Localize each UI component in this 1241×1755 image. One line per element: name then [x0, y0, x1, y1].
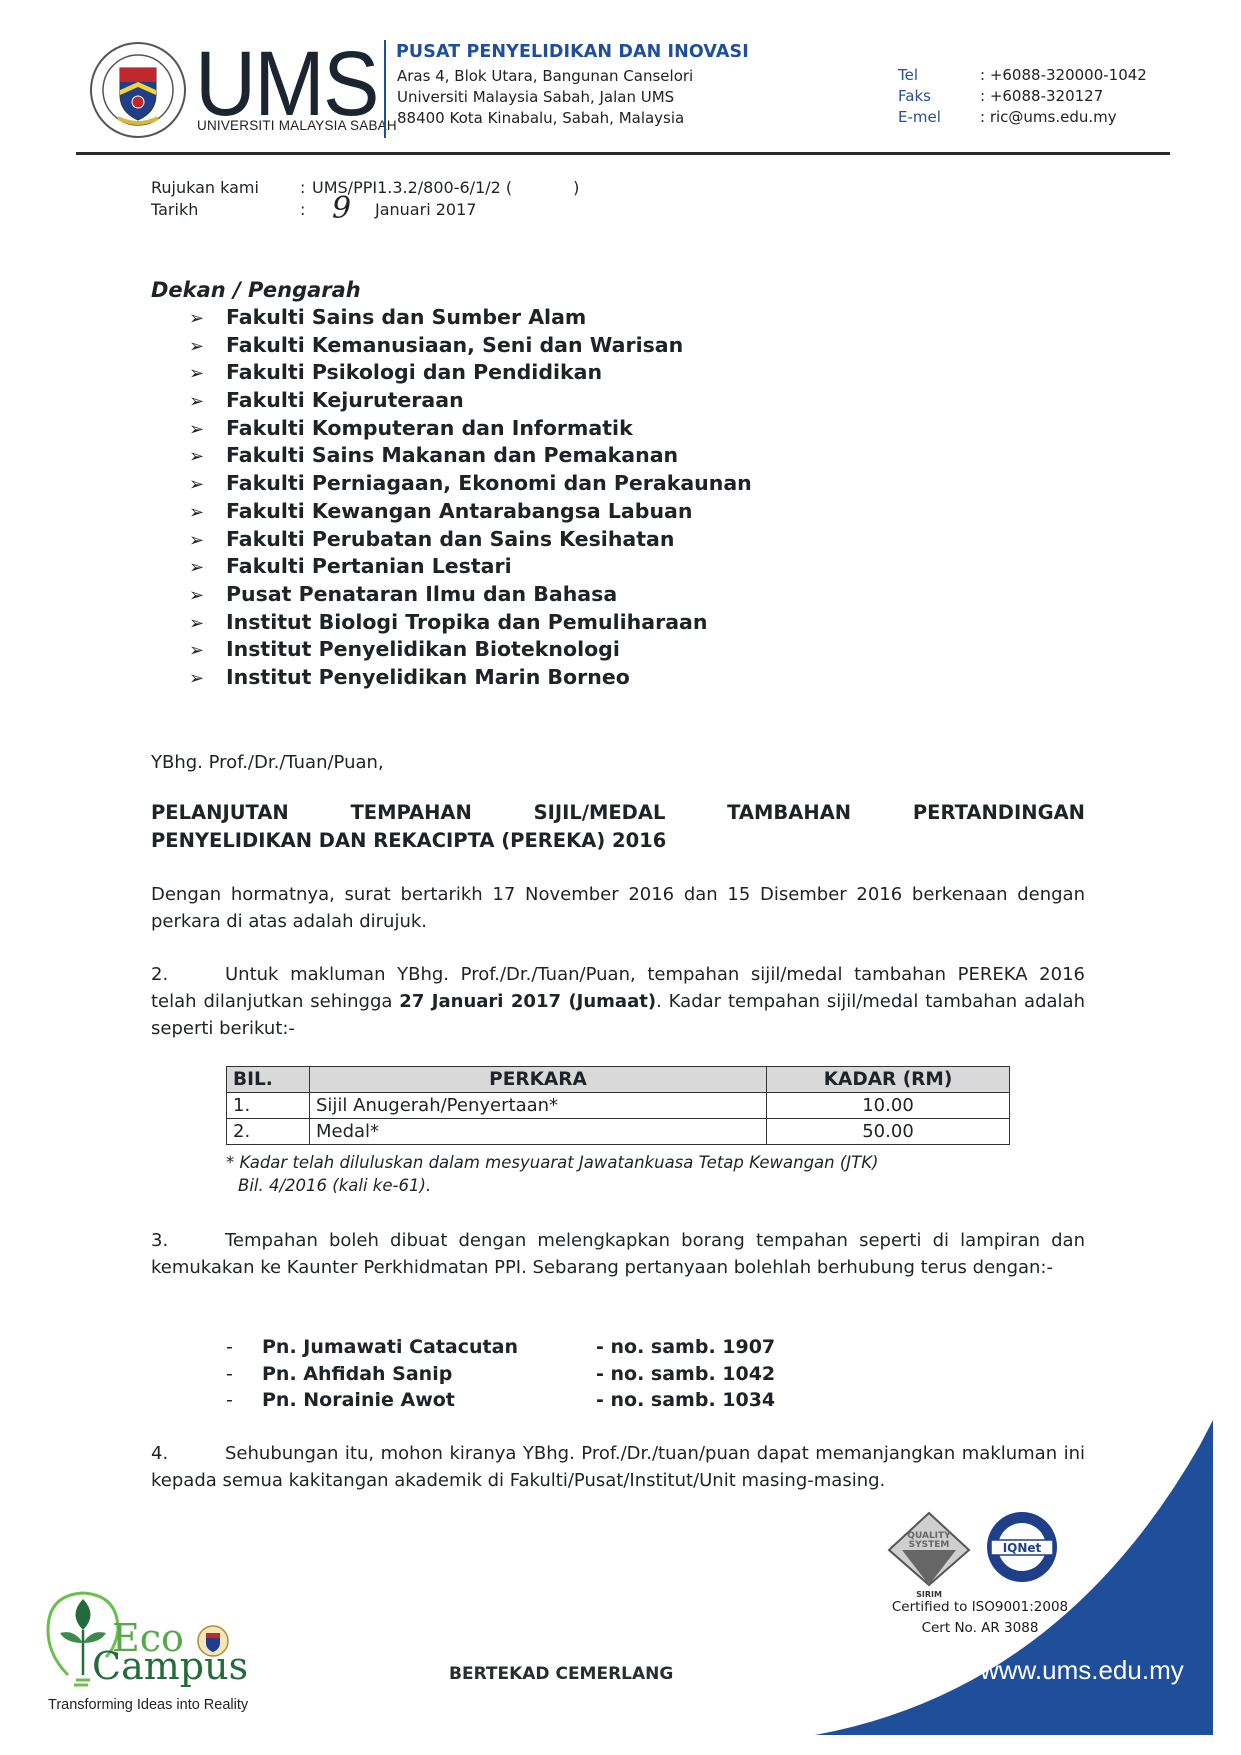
recipient-name: Fakulti Perubatan dan Sains Kesihatan [226, 527, 674, 551]
recipient-name: Fakulti Pertanian Lestari [226, 554, 512, 578]
paragraph-2: 2.Untuk makluman YBhg. Prof./Dr./Tuan/Pu… [151, 961, 1085, 1042]
table-footnote: * Kadar telah diluluskan dalam mesyuarat… [226, 1149, 879, 1176]
arrow-bullet-icon: ➢ [189, 610, 226, 638]
cell-bil: 1. [227, 1093, 310, 1119]
tel-label: Tel [898, 66, 918, 84]
arrow-bullet-icon: ➢ [189, 333, 226, 361]
svg-text:SYSTEM: SYSTEM [909, 1540, 950, 1550]
arrow-bullet-icon: ➢ [189, 637, 226, 665]
cell-bil: 2. [227, 1119, 310, 1145]
recipient-item: ➢Fakulti Perniagaan, Ekonomi dan Perakau… [189, 470, 752, 498]
recipient-item: ➢Fakulti Pertanian Lestari [189, 553, 752, 581]
arrow-bullet-icon: ➢ [189, 665, 226, 693]
address-line: 88400 Kota Kinabalu, Sabah, Malaysia [397, 109, 684, 127]
contact-extension: - no. samb. 1907 [596, 1336, 775, 1358]
certificate-number: Cert No. AR 3088 [870, 1620, 1090, 1636]
date-colon: : [300, 200, 305, 219]
handwritten-day: 9 [332, 194, 351, 224]
recipient-item: ➢Institut Penyelidikan Bioteknologi [189, 636, 752, 664]
recipient-item: ➢Fakulti Kewangan Antarabangsa Labuan [189, 498, 752, 526]
recipient-name: Fakulti Perniagaan, Ekonomi dan Perakaun… [226, 471, 752, 495]
recipient-item: ➢Fakulti Perubatan dan Sains Kesihatan [189, 526, 752, 554]
arrow-bullet-icon: ➢ [189, 471, 226, 499]
ums-crest-logo [88, 40, 188, 140]
recipient-item: ➢Fakulti Sains dan Sumber Alam [189, 304, 752, 332]
recipient-item: ➢Fakulti Kemanusiaan, Seni dan Warisan [189, 332, 752, 360]
title-line-2: PENYELIDIKAN DAN REKACIPTA (PEREKA) 2016 [151, 827, 1085, 855]
contact-name: Pn. Ahfidah Sanip [262, 1361, 596, 1388]
recipients-list: ➢Fakulti Sains dan Sumber Alam➢Fakulti K… [189, 304, 752, 692]
arrow-bullet-icon: ➢ [189, 582, 226, 610]
small-ums-crest-icon [196, 1624, 230, 1658]
recipient-name: Fakulti Komputeran dan Informatik [226, 416, 633, 440]
contact-person: -Pn. Jumawati Catacutan- no. samb. 1907 [226, 1334, 775, 1361]
recipient-name: Fakulti Sains Makanan dan Pemakanan [226, 443, 678, 467]
salutation: YBhg. Prof./Dr./Tuan/Puan, [151, 749, 1085, 776]
date-month-year: Januari 2017 [375, 200, 476, 219]
svg-text:SIRIM: SIRIM [916, 1590, 942, 1598]
email-value[interactable]: : ric@ums.edu.my [980, 108, 1117, 126]
letter-title: PELANJUTAN TEMPAHAN SIJIL/MEDAL TAMBAHAN… [151, 799, 1085, 855]
website-link[interactable]: www.ums.edu.my [980, 1655, 1184, 1686]
recipient-item: ➢Fakulti Psikologi dan Pendidikan [189, 359, 752, 387]
arrow-bullet-icon: ➢ [189, 443, 226, 471]
column-header-kadar: KADAR (RM) [767, 1067, 1010, 1093]
recipient-name: Institut Penyelidikan Marin Borneo [226, 665, 630, 689]
header-rule [76, 152, 1170, 155]
iso-certification: Certified to ISO9001:2008 [870, 1599, 1090, 1615]
dash: - [226, 1334, 262, 1361]
cell-kadar: 10.00 [767, 1093, 1010, 1119]
ums-wordmark: UMS [195, 38, 378, 130]
arrow-bullet-icon: ➢ [189, 360, 226, 388]
paragraph-text: Tempahan boleh dibuat dengan melengkapka… [151, 1230, 1085, 1278]
arrow-bullet-icon: ➢ [189, 388, 226, 416]
table-row: 2. Medal* 50.00 [227, 1119, 1010, 1145]
fax-label: Faks [898, 87, 931, 105]
recipient-item: ➢Pusat Penataran Ilmu dan Bahasa [189, 581, 752, 609]
title-line-1: PELANJUTAN TEMPAHAN SIJIL/MEDAL TAMBAHAN… [151, 799, 1085, 827]
cell-perkara: Medal* [310, 1119, 767, 1145]
recipient-name: Fakulti Kewangan Antarabangsa Labuan [226, 499, 692, 523]
recipient-name: Fakulti Psikologi dan Pendidikan [226, 360, 602, 384]
header-divider [384, 40, 386, 138]
organization-name: PUSAT PENYELIDIKAN DAN INOVASI [396, 42, 749, 62]
address-line: Aras 4, Blok Utara, Bangunan Canselori [397, 67, 693, 85]
paragraph-1: Dengan hormatnya, surat bertarikh 17 Nov… [151, 881, 1085, 935]
table-header-row: BIL. PERKARA KADAR (RM) [227, 1067, 1010, 1093]
arrow-bullet-icon: ➢ [189, 554, 226, 582]
recipient-item: ➢Fakulti Sains Makanan dan Pemakanan [189, 442, 752, 470]
recipient-name: Fakulti Kejuruteraan [226, 388, 464, 412]
rates-table: BIL. PERKARA KADAR (RM) 1. Sijil Anugera… [226, 1066, 1010, 1145]
sirim-quality-system-icon: QUALITY SYSTEM SIRIM [886, 1510, 972, 1598]
arrow-bullet-icon: ➢ [189, 527, 226, 555]
recipients-heading: Dekan / Pengarah [151, 278, 361, 302]
table-footnote-line-2: Bil. 4/2016 (kali ke-61). [238, 1176, 431, 1195]
column-header-bil: BIL. [227, 1067, 310, 1093]
recipient-name: Fakulti Kemanusiaan, Seni dan Warisan [226, 333, 683, 357]
recipient-item: ➢Institut Penyelidikan Marin Borneo [189, 664, 752, 692]
address-line: Universiti Malaysia Sabah, Jalan UMS [397, 88, 674, 106]
deadline-date: 27 Januari 2017 (Jumaat) [399, 991, 656, 1012]
column-header-perkara: PERKARA [310, 1067, 767, 1093]
university-name: UNIVERSITI MALAYSIA SABAH [197, 118, 397, 133]
university-motto: BERTEKAD CEMERLANG [449, 1664, 673, 1684]
eco-campus-tagline: Transforming Ideas into Reality [48, 1697, 248, 1713]
recipient-name: Fakulti Sains dan Sumber Alam [226, 305, 586, 329]
recipient-item: ➢Fakulti Kejuruteraan [189, 387, 752, 415]
arrow-bullet-icon: ➢ [189, 499, 226, 527]
reference-value: UMS/PPI1.3.2/800-6/1/2 ( ) [312, 178, 579, 197]
contact-name: Pn. Jumawati Catacutan [262, 1334, 596, 1361]
cell-perkara: Sijil Anugerah/Penyertaan* [310, 1093, 767, 1119]
arrow-bullet-icon: ➢ [189, 416, 226, 444]
recipient-name: Institut Penyelidikan Bioteknologi [226, 637, 620, 661]
paragraph-number: 3. [151, 1227, 225, 1254]
cell-kadar: 50.00 [767, 1119, 1010, 1145]
reference-colon: : [300, 178, 305, 197]
tel-value: : +6088-320000-1042 [980, 66, 1147, 84]
reference-label: Rujukan kami [151, 178, 259, 197]
paragraph-3: 3.Tempahan boleh dibuat dengan melengkap… [151, 1227, 1085, 1281]
dash: - [226, 1361, 262, 1388]
arrow-bullet-icon: ➢ [189, 305, 226, 333]
iqnet-certified-icon: IQNet [985, 1510, 1059, 1584]
email-label: E-mel [898, 108, 941, 126]
svg-text:IQNet: IQNet [1003, 1541, 1042, 1555]
contact-person: -Pn. Ahfidah Sanip- no. samb. 1042 [226, 1361, 775, 1388]
recipient-item: ➢Institut Biologi Tropika dan Pemulihara… [189, 609, 752, 637]
table-row: 1. Sijil Anugerah/Penyertaan* 10.00 [227, 1093, 1010, 1119]
contact-extension: - no. samb. 1042 [596, 1363, 775, 1385]
recipient-name: Institut Biologi Tropika dan Pemuliharaa… [226, 610, 707, 634]
recipient-name: Pusat Penataran Ilmu dan Bahasa [226, 582, 617, 606]
paragraph-number: 2. [151, 961, 225, 988]
fax-value: : +6088-320127 [980, 87, 1103, 105]
recipient-item: ➢Fakulti Komputeran dan Informatik [189, 415, 752, 443]
date-label: Tarikh [151, 200, 198, 219]
